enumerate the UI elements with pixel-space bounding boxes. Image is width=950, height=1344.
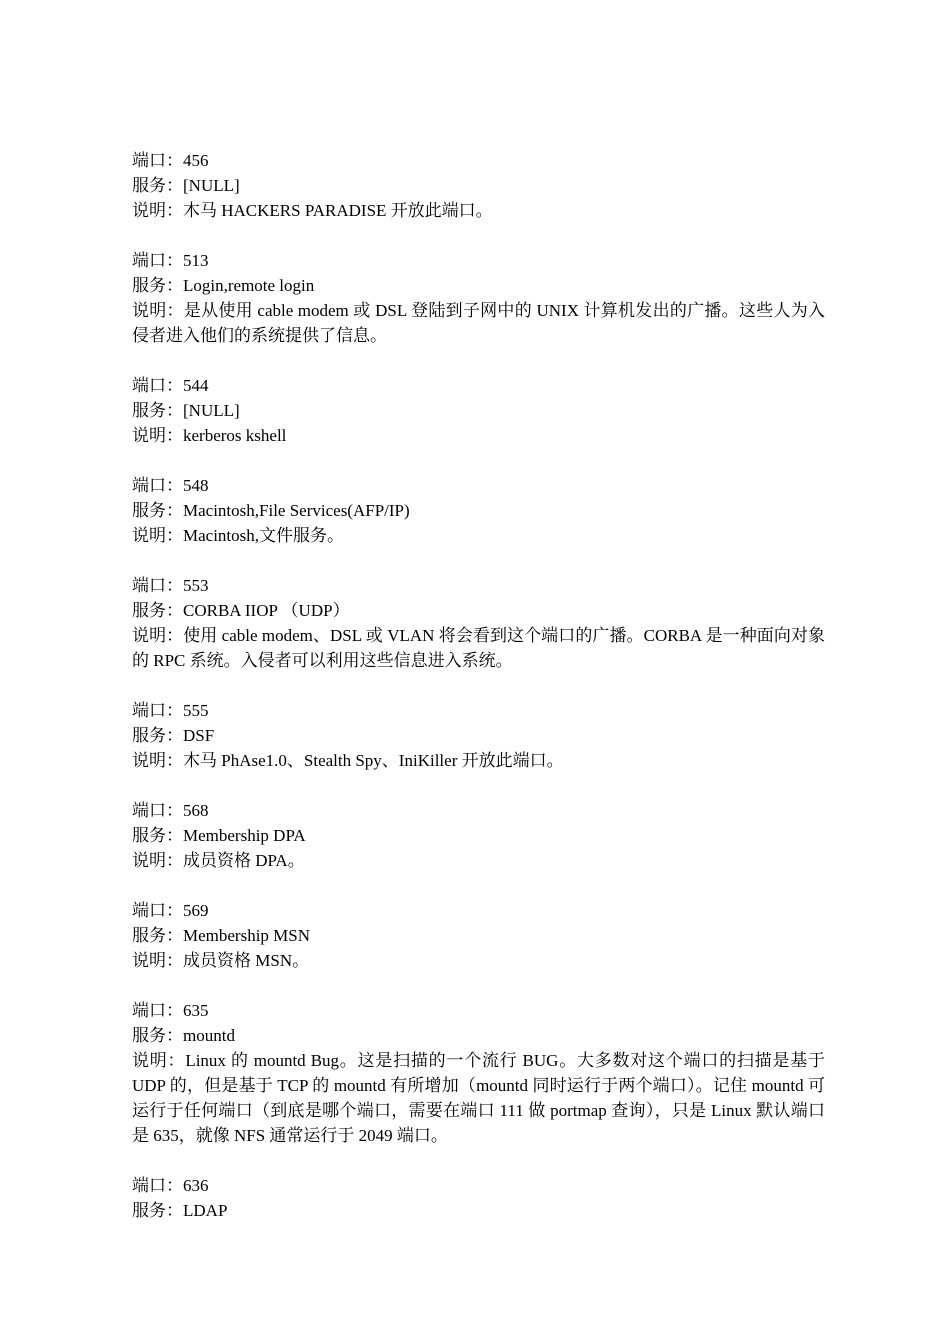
description-value: 木马 PhAse1.0、Stealth Spy、IniKiller 开放此端口。: [183, 751, 564, 770]
service-line: 服务：Membership DPA: [132, 823, 825, 848]
description-label: 说明：: [132, 526, 183, 545]
description-value: 成员资格 DPA。: [183, 851, 305, 870]
service-line: 服务：[NULL]: [132, 173, 825, 198]
port-label: 端口：: [132, 376, 183, 395]
description-line: 说明：木马 PhAse1.0、Stealth Spy、IniKiller 开放此…: [132, 748, 825, 773]
description-label: 说明：: [132, 301, 184, 320]
port-line: 端口：636: [132, 1173, 825, 1198]
port-label: 端口：: [132, 701, 183, 720]
port-line: 端口：456: [132, 148, 825, 173]
service-value: Macintosh,File Services(AFP/IP): [183, 501, 410, 520]
description-label: 说明：: [132, 751, 183, 770]
service-line: 服务：[NULL]: [132, 398, 825, 423]
service-line: 服务：DSF: [132, 723, 825, 748]
description-line: 说明：是从使用 cable modem 或 DSL 登陆到子网中的 UNIX 计…: [132, 298, 825, 348]
description-label: 说明：: [132, 1051, 185, 1070]
description-label: 说明：: [132, 851, 183, 870]
port-value: 544: [183, 376, 209, 395]
description-line: 说明：Linux 的 mountd Bug。这是扫描的一个流行 BUG。大多数对…: [132, 1048, 825, 1148]
description-value: 木马 HACKERS PARADISE 开放此端口。: [183, 201, 493, 220]
port-list: 端口：456 服务：[NULL] 说明：木马 HACKERS PARADISE …: [132, 148, 825, 1248]
port-label: 端口：: [132, 801, 183, 820]
port-label: 端口：: [132, 1001, 183, 1020]
description-label: 说明：: [132, 426, 183, 445]
port-entry-553: 端口：553 服务：CORBA IIOP （UDP） 说明：使用 cable m…: [132, 573, 825, 673]
port-line: 端口：569: [132, 898, 825, 923]
port-value: 553: [183, 576, 209, 595]
document-page: 端口：456 服务：[NULL] 说明：木马 HACKERS PARADISE …: [0, 0, 950, 1344]
port-entry-635: 端口：635 服务：mountd 说明：Linux 的 mountd Bug。这…: [132, 998, 825, 1148]
port-line: 端口：568: [132, 798, 825, 823]
port-line: 端口：553: [132, 573, 825, 598]
description-line: 说明：使用 cable modem、DSL 或 VLAN 将会看到这个端口的广播…: [132, 623, 825, 673]
port-entry-513: 端口：513 服务：Login,remote login 说明：是从使用 cab…: [132, 248, 825, 348]
service-label: 服务：: [132, 926, 183, 945]
service-line: 服务：Membership MSN: [132, 923, 825, 948]
description-value: Macintosh,文件服务。: [183, 526, 344, 545]
port-line: 端口：544: [132, 373, 825, 398]
service-value: [NULL]: [183, 401, 240, 420]
port-value: 513: [183, 251, 209, 270]
port-label: 端口：: [132, 1176, 183, 1195]
port-entry-555: 端口：555 服务：DSF 说明：木马 PhAse1.0、Stealth Spy…: [132, 698, 825, 773]
port-value: 568: [183, 801, 209, 820]
service-label: 服务：: [132, 826, 183, 845]
description-value: Linux 的 mountd Bug。这是扫描的一个流行 BUG。大多数对这个端…: [132, 1051, 829, 1145]
port-entry-569: 端口：569 服务：Membership MSN 说明：成员资格 MSN。: [132, 898, 825, 973]
port-line: 端口：635: [132, 998, 825, 1023]
description-value: kerberos kshell: [183, 426, 286, 445]
service-line: 服务：LDAP: [132, 1198, 825, 1223]
service-label: 服务：: [132, 176, 183, 195]
description-value: 使用 cable modem、DSL 或 VLAN 将会看到这个端口的广播。CO…: [132, 626, 825, 670]
service-line: 服务：CORBA IIOP （UDP）: [132, 598, 825, 623]
port-entry-544: 端口：544 服务：[NULL] 说明：kerberos kshell: [132, 373, 825, 448]
service-value: Membership MSN: [183, 926, 310, 945]
description-label: 说明：: [132, 626, 183, 645]
service-label: 服务：: [132, 401, 183, 420]
port-value: 555: [183, 701, 209, 720]
service-line: 服务：mountd: [132, 1023, 825, 1048]
port-line: 端口：513: [132, 248, 825, 273]
description-line: 说明：Macintosh,文件服务。: [132, 523, 825, 548]
service-label: 服务：: [132, 276, 183, 295]
port-value: 636: [183, 1176, 209, 1195]
port-value: 456: [183, 151, 209, 170]
port-entry-456: 端口：456 服务：[NULL] 说明：木马 HACKERS PARADISE …: [132, 148, 825, 223]
port-label: 端口：: [132, 251, 183, 270]
port-entry-568: 端口：568 服务：Membership DPA 说明：成员资格 DPA。: [132, 798, 825, 873]
description-line: 说明：kerberos kshell: [132, 423, 825, 448]
service-label: 服务：: [132, 1201, 183, 1220]
description-label: 说明：: [132, 951, 183, 970]
description-line: 说明：木马 HACKERS PARADISE 开放此端口。: [132, 198, 825, 223]
port-label: 端口：: [132, 576, 183, 595]
description-line: 说明：成员资格 MSN。: [132, 948, 825, 973]
port-value: 548: [183, 476, 209, 495]
service-value: [NULL]: [183, 176, 240, 195]
description-label: 说明：: [132, 201, 183, 220]
description-value: 成员资格 MSN。: [183, 951, 309, 970]
service-value: LDAP: [183, 1201, 227, 1220]
port-label: 端口：: [132, 151, 183, 170]
description-line: 说明：成员资格 DPA。: [132, 848, 825, 873]
port-value: 635: [183, 1001, 209, 1020]
port-entry-636: 端口：636 服务：LDAP: [132, 1173, 825, 1223]
port-value: 569: [183, 901, 209, 920]
description-value: 是从使用 cable modem 或 DSL 登陆到子网中的 UNIX 计算机发…: [132, 301, 825, 345]
service-line: 服务：Macintosh,File Services(AFP/IP): [132, 498, 825, 523]
port-label: 端口：: [132, 901, 183, 920]
service-label: 服务：: [132, 501, 183, 520]
port-label: 端口：: [132, 476, 183, 495]
service-value: DSF: [183, 726, 214, 745]
port-entry-548: 端口：548 服务：Macintosh,File Services(AFP/IP…: [132, 473, 825, 548]
service-label: 服务：: [132, 601, 183, 620]
service-value: CORBA IIOP （UDP）: [183, 601, 350, 620]
service-value: Login,remote login: [183, 276, 314, 295]
service-line: 服务：Login,remote login: [132, 273, 825, 298]
port-line: 端口：555: [132, 698, 825, 723]
service-value: Membership DPA: [183, 826, 306, 845]
service-label: 服务：: [132, 1026, 183, 1045]
service-value: mountd: [183, 1026, 235, 1045]
port-line: 端口：548: [132, 473, 825, 498]
service-label: 服务：: [132, 726, 183, 745]
